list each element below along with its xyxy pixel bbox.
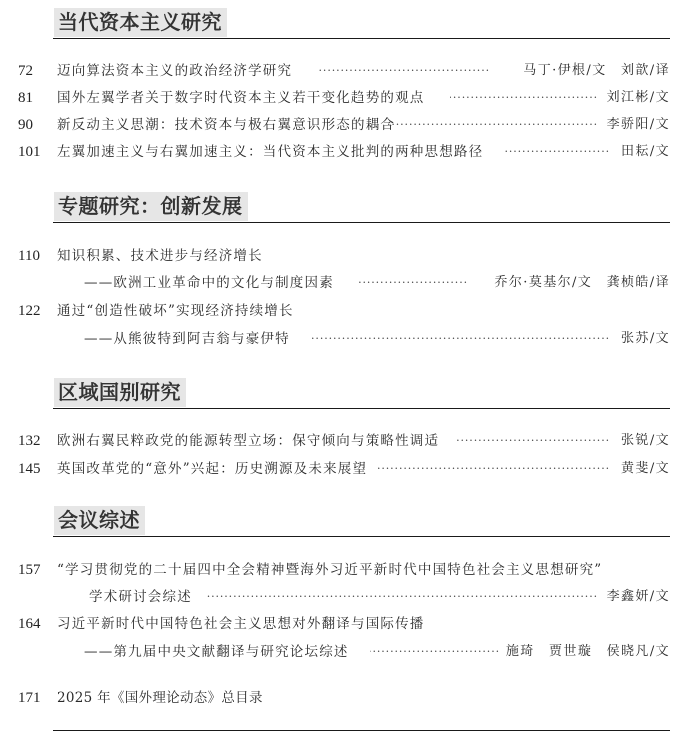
toc-entry[interactable]: 101 左翼加速主义与右翼加速主义：当代资本主义批判的两种思想路径 ······… — [0, 141, 682, 163]
entry-author: 黄斐/文 — [621, 458, 670, 480]
toc-entry-subtitle[interactable]: ——欧洲工业革命中的文化与制度因素 ······················… — [0, 272, 682, 294]
leader-dots: ········································… — [503, 141, 610, 163]
section-header: 区域国别研究 — [53, 378, 670, 409]
section-title: 当代资本主义研究 — [54, 8, 227, 37]
leader-dots: ········································… — [455, 430, 610, 452]
page-number: 171 — [18, 687, 52, 709]
section-title: 专题研究：创新发展 — [54, 192, 248, 221]
page-number: 145 — [18, 458, 52, 480]
entry-author: 张苏/文 — [621, 328, 670, 350]
toc-entry[interactable]: 81 国外左翼学者关于数字时代资本主义若干变化趋势的观点 ···········… — [0, 87, 682, 109]
section-header: 当代资本主义研究 — [53, 8, 670, 39]
entry-author: 李骄阳/文 — [607, 114, 670, 136]
toc-entry-subtitle[interactable]: ——第九届中央文献翻译与研究论坛综述 ·····················… — [0, 641, 682, 663]
entry-title[interactable]: “学习贯彻党的二十届四中全会精神暨海外习近平新时代中国特色社会主义思想研究” — [57, 559, 602, 581]
toc-entry-subtitle[interactable]: ——从熊彼特到阿吉翁与豪伊特 ·························… — [0, 328, 682, 350]
entry-title[interactable]: 新反动主义思潮：技术资本与极右翼意识形态的耦合 — [57, 114, 395, 136]
entry-author: 马丁·伊根/文 刘歆/译 — [523, 60, 670, 82]
section-title: 区域国别研究 — [54, 378, 186, 407]
toc-entry-subtitle[interactable]: 学术研讨会综述 ································… — [0, 586, 682, 608]
entry-title[interactable]: 左翼加速主义与右翼加速主义：当代资本主义批判的两种思想路径 — [57, 141, 483, 163]
leader-dots: ········································… — [378, 458, 610, 480]
entry-title[interactable]: 迈向算法资本主义的政治经济学研究 — [57, 60, 292, 82]
page-number: 164 — [18, 613, 52, 635]
toc-entry[interactable]: 171 2025 年《国外理论动态》总目录 — [0, 687, 682, 709]
toc-entry[interactable]: 122 通过“创造性破坏”实现经济持续增长 — [0, 300, 682, 322]
toc-entry[interactable]: 145 英国改革党的“意外”兴起：历史溯源及未来展望 ·············… — [0, 458, 682, 480]
leader-dots: ········································… — [318, 60, 490, 82]
entry-author: 刘江彬/文 — [607, 87, 670, 109]
entry-title[interactable]: 通过“创造性破坏”实现经济持续增长 — [57, 300, 294, 322]
section-title: 会议综述 — [54, 506, 145, 535]
entry-title[interactable]: 习近平新时代中国特色社会主义思想对外翻译与国际传播 — [57, 613, 425, 635]
page-number: 101 — [18, 141, 52, 163]
entry-author: 施琦 贾世璇 侯晓凡/文 — [506, 641, 670, 663]
toc-entry[interactable]: 72 迈向算法资本主义的政治经济学研究 ····················… — [0, 60, 682, 82]
entry-author: 张锐/文 — [621, 430, 670, 452]
page-number: 132 — [18, 430, 52, 452]
section-header: 专题研究：创新发展 — [53, 192, 670, 223]
entry-title[interactable]: 英国改革党的“意外”兴起：历史溯源及未来展望 — [57, 458, 367, 480]
page-number: 81 — [18, 87, 52, 109]
section-header: 会议综述 — [53, 506, 670, 537]
leader-dots: ········································… — [385, 114, 598, 136]
bottom-rule — [53, 730, 670, 731]
toc-entry[interactable]: 164 习近平新时代中国特色社会主义思想对外翻译与国际传播 — [0, 613, 682, 635]
entry-author: 李鑫妍/文 — [607, 586, 670, 608]
page-number: 122 — [18, 300, 52, 322]
toc-entry[interactable]: 157 “学习贯彻党的二十届四中全会精神暨海外习近平新时代中国特色社会主义思想研… — [0, 559, 682, 581]
leader-dots: ········································… — [450, 87, 598, 109]
entry-title[interactable]: 欧洲右翼民粹政党的能源转型立场：保守倾向与策略性调适 — [57, 430, 439, 452]
entry-subtitle[interactable]: ——欧洲工业革命中的文化与制度因素 — [84, 272, 334, 294]
page-number: 72 — [18, 60, 52, 82]
leader-dots: ········································… — [310, 328, 610, 350]
toc-entry[interactable]: 132 欧洲右翼民粹政党的能源转型立场：保守倾向与策略性调适 ·········… — [0, 430, 682, 452]
leader-dots: ········································… — [205, 586, 598, 608]
entry-author: 田耘/文 — [621, 141, 670, 163]
entry-title[interactable]: 2025 年《国外理论动态》总目录 — [57, 687, 263, 709]
page-number: 110 — [18, 245, 52, 267]
page-number: 157 — [18, 559, 52, 581]
entry-subtitle[interactable]: ——从熊彼特到阿吉翁与豪伊特 — [84, 328, 290, 350]
entry-author: 乔尔·莫基尔/文 龚桢皓/译 — [495, 272, 671, 294]
entry-title[interactable]: 知识积累、技术进步与经济增长 — [57, 245, 263, 267]
entry-subtitle[interactable]: ——第九届中央文献翻译与研究论坛综述 — [84, 641, 349, 663]
toc-entry[interactable]: 110 知识积累、技术进步与经济增长 — [0, 245, 682, 267]
leader-dots: ········································… — [370, 641, 500, 663]
page-number: 90 — [18, 114, 52, 136]
leader-dots: ········································… — [358, 272, 468, 294]
entry-title[interactable]: 国外左翼学者关于数字时代资本主义若干变化趋势的观点 — [57, 87, 425, 109]
entry-subtitle[interactable]: 学术研讨会综述 — [89, 586, 192, 608]
toc-entry[interactable]: 90 新反动主义思潮：技术资本与极右翼意识形态的耦合 ·············… — [0, 114, 682, 136]
